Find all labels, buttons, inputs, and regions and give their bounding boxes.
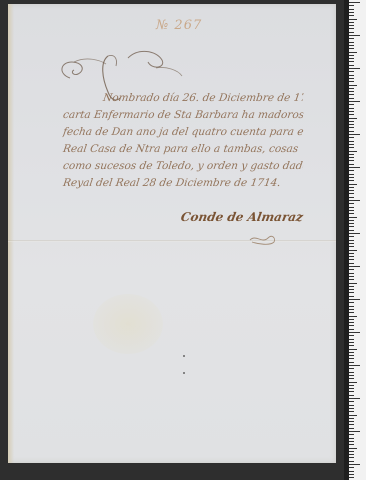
manuscript-line: carta Enfermario de Sta Barbara ha mador… — [62, 107, 304, 124]
ruler-tick — [349, 256, 354, 257]
ruler-tick — [349, 362, 354, 363]
ruler-tick — [349, 210, 354, 211]
ruler-tick — [349, 65, 354, 66]
ruler-tick — [349, 259, 354, 260]
ruler-tick — [349, 309, 354, 310]
ruler-tick — [349, 283, 357, 284]
ruler-tick — [349, 58, 354, 59]
ruler-tick — [349, 12, 354, 13]
ruler-tick — [349, 299, 360, 300]
ruler-tick — [349, 226, 354, 227]
ruler-tick — [349, 45, 354, 46]
document-scan: № 267 Nombrado día 26. de Diciembre de 1… — [0, 0, 366, 480]
ruler-tick — [349, 467, 354, 468]
ruler-tick — [349, 184, 357, 185]
ruler-tick — [349, 174, 354, 175]
ruler-tick — [349, 52, 357, 53]
ruler-tick — [349, 279, 354, 280]
manuscript-line: Real Casa de Ntra para ello a tambas, co… — [62, 141, 304, 158]
ruler-tick — [349, 151, 357, 152]
ruler-tick — [349, 398, 360, 399]
signature: Conde de Almaraz — [180, 210, 304, 224]
ruler-scale — [349, 0, 366, 480]
ruler-tick — [349, 408, 354, 409]
signature-rubric-icon — [248, 232, 278, 246]
ruler-tick — [349, 147, 354, 148]
ruler-tick — [349, 203, 354, 204]
ruler-tick — [349, 451, 354, 452]
ruler-tick — [349, 438, 354, 439]
ruler-tick — [349, 207, 354, 208]
ruler-tick — [349, 233, 360, 234]
ruler-tick — [349, 164, 354, 165]
ruler-tick — [349, 170, 354, 171]
ruler-tick — [349, 428, 354, 429]
ruler-tick — [349, 322, 354, 323]
ruler-tick — [349, 124, 354, 125]
ruler-tick — [349, 401, 354, 402]
ruler-tick — [349, 273, 354, 274]
measurement-ruler — [344, 0, 366, 480]
ruler-tick — [349, 388, 354, 389]
ruler-tick — [349, 405, 354, 406]
ruler-tick — [349, 289, 354, 290]
ruler-tick — [349, 246, 354, 247]
ruler-tick — [349, 22, 354, 23]
ruler-tick — [349, 332, 360, 333]
paper-speck — [183, 355, 185, 357]
ruler-tick — [349, 441, 354, 442]
ruler-tick — [349, 177, 354, 178]
ruler-tick — [349, 220, 354, 221]
ruler-tick — [349, 154, 354, 155]
ruler-tick — [349, 108, 354, 109]
ruler-tick — [349, 316, 357, 317]
ruler-tick — [349, 9, 354, 10]
ruler-tick — [349, 42, 354, 43]
manuscript-line: Nombrado día 26. de Diciembre de 1714. e… — [62, 90, 304, 107]
ruler-tick — [349, 48, 354, 49]
ruler-tick — [349, 358, 354, 359]
manuscript-line: fecha de Dan ano ja del quatro cuenta pa… — [62, 124, 304, 141]
ruler-tick — [349, 477, 354, 478]
ruler-tick — [349, 2, 360, 3]
ruler-tick — [349, 368, 354, 369]
ruler-tick — [349, 345, 354, 346]
paper-speck — [183, 372, 185, 374]
ruler-tick — [349, 157, 354, 158]
ruler-tick — [349, 91, 354, 92]
ruler-tick — [349, 15, 354, 16]
ruler-tick — [349, 461, 354, 462]
ruler-tick — [349, 382, 357, 383]
ruler-tick — [349, 121, 354, 122]
ruler-tick — [349, 111, 354, 112]
ruler-tick — [349, 118, 357, 119]
ruler-tick — [349, 335, 354, 336]
ruler-tick — [349, 104, 354, 105]
ruler-tick — [349, 352, 354, 353]
ruler-tick — [349, 444, 354, 445]
ruler-tick — [349, 88, 354, 89]
ruler-tick — [349, 266, 360, 267]
ruler-tick — [349, 448, 357, 449]
ruler-tick — [349, 160, 354, 161]
ruler-tick — [349, 375, 354, 376]
ruler-tick — [349, 187, 354, 188]
ruler-tick — [349, 349, 357, 350]
ruler-tick — [349, 240, 354, 241]
ruler-tick — [349, 38, 354, 39]
ruler-tick — [349, 35, 360, 36]
ruler-tick — [349, 190, 354, 191]
ruler-tick — [349, 263, 354, 264]
ruler-tick — [349, 269, 354, 270]
manuscript-line: como sucesos de Toledo, y orden y gasto … — [62, 158, 304, 175]
ruler-tick — [349, 276, 354, 277]
ruler-tick — [349, 197, 354, 198]
ruler-tick — [349, 141, 354, 142]
ruler-tick — [349, 230, 354, 231]
ruler-tick — [349, 217, 357, 218]
ruler-tick — [349, 471, 354, 472]
ruler-tick — [349, 329, 354, 330]
ruler-tick — [349, 339, 354, 340]
ruler-tick — [349, 296, 354, 297]
ruler-tick — [349, 98, 354, 99]
ruler-tick — [349, 385, 354, 386]
ruler-tick — [349, 306, 354, 307]
ruler-tick — [349, 250, 357, 251]
ruler-tick — [349, 144, 354, 145]
ruler-tick — [349, 424, 354, 425]
ruler-tick — [349, 457, 354, 458]
ruler-tick — [349, 434, 354, 435]
ruler-tick — [349, 75, 354, 76]
ruler-tick — [349, 372, 354, 373]
manuscript-page: № 267 Nombrado día 26. de Diciembre de 1… — [8, 4, 336, 463]
ruler-tick — [349, 223, 354, 224]
ruler-tick — [349, 319, 354, 320]
ruler-tick — [349, 101, 360, 102]
manuscript-line: Reyal del Real 28 de Diciembre de 1714. — [62, 175, 304, 192]
ruler-tick — [349, 200, 360, 201]
ruler-tick — [349, 378, 354, 379]
ruler-tick — [349, 474, 354, 475]
ruler-tick — [349, 213, 354, 214]
ruler-tick — [349, 355, 354, 356]
ruler-tick — [349, 415, 357, 416]
ruler-tick — [349, 25, 354, 26]
ruler-tick — [349, 236, 354, 237]
ruler-tick — [349, 71, 354, 72]
ruler-tick — [349, 395, 354, 396]
ruler-tick — [349, 342, 354, 343]
ruler-tick — [349, 55, 354, 56]
ruler-tick — [349, 418, 354, 419]
ruler-tick — [349, 127, 354, 128]
ruler-tick — [349, 32, 354, 33]
ruler-tick — [349, 134, 360, 135]
ruler-tick — [349, 19, 357, 20]
ruler-tick — [349, 302, 354, 303]
ruler-tick — [349, 292, 354, 293]
ruler-tick — [349, 431, 360, 432]
ruler-tick — [349, 365, 360, 366]
ruler-tick — [349, 180, 354, 181]
ruler-tick — [349, 114, 354, 115]
ruler-tick — [349, 325, 354, 326]
folio-number: № 267 — [156, 18, 202, 33]
ruler-tick — [349, 167, 360, 168]
ruler-tick — [349, 464, 360, 465]
ruler-tick — [349, 28, 354, 29]
ruler-tick — [349, 68, 360, 69]
ruler-tick — [349, 85, 357, 86]
ruler-tick — [349, 421, 354, 422]
ruler-tick — [349, 94, 354, 95]
manuscript-body: Nombrado día 26. de Diciembre de 1714. e… — [63, 90, 303, 192]
ruler-tick — [349, 131, 354, 132]
ruler-tick — [349, 391, 354, 392]
ruler-tick — [349, 193, 354, 194]
fold-crease — [8, 240, 336, 242]
ruler-tick — [349, 454, 354, 455]
ruler-tick — [349, 5, 354, 6]
ruler-tick — [349, 78, 354, 79]
ruler-tick — [349, 286, 354, 287]
ruler-tick — [349, 253, 354, 254]
ruler-tick — [349, 243, 354, 244]
ruler-tick — [349, 411, 354, 412]
ruler-tick — [349, 61, 354, 62]
ruler-tick — [349, 81, 354, 82]
paper-stain — [93, 294, 163, 354]
ruler-tick — [349, 137, 354, 138]
ruler-tick — [349, 312, 354, 313]
